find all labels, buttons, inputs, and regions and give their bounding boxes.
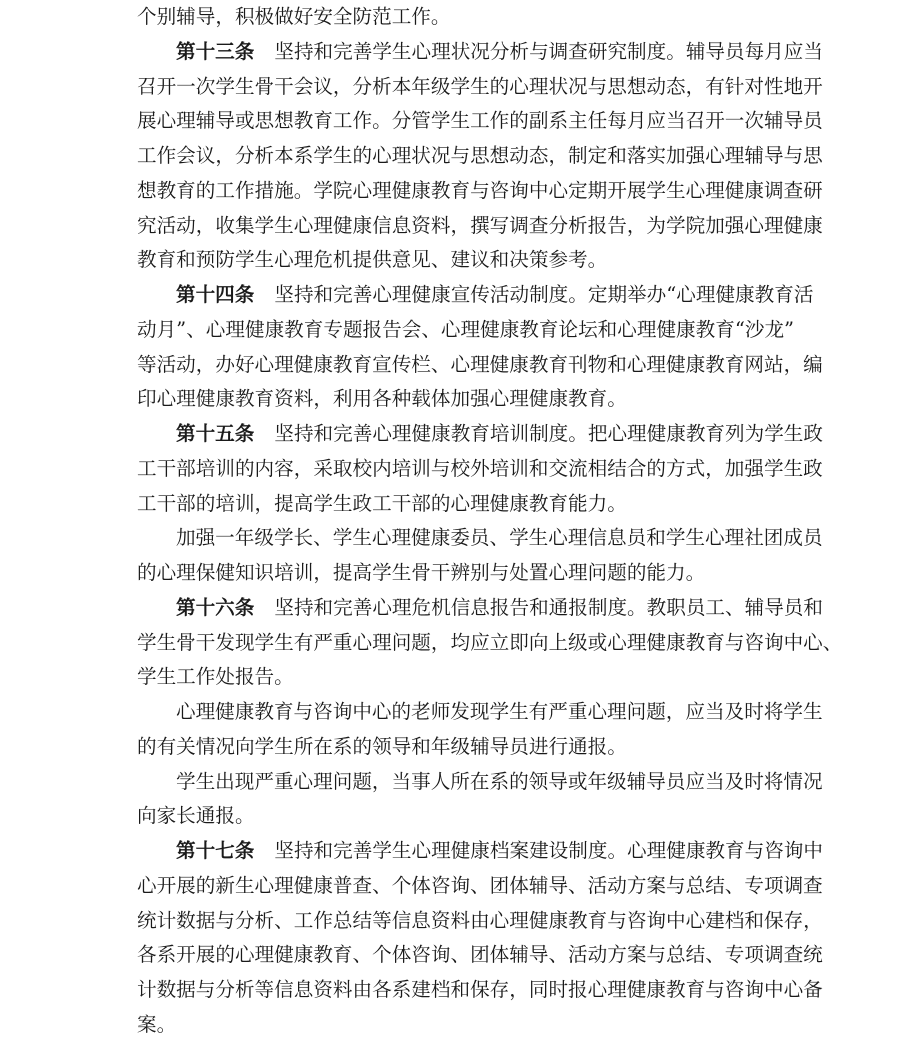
text-line: 学生骨干发现学生有严重心理问题，均应立即向上级或心理健康教育与咨询中心、 <box>137 626 779 661</box>
document-page: 个别辅导，积极做好安全防范工作。 第十三条坚持和完善学生心理状况分析与调查研究制… <box>137 0 779 1039</box>
text-line: 工作会议，分析本系学生的心理状况与思想动态，制定和落实加强心理辅导与思 <box>137 139 779 174</box>
paragraph: 学生出现严重心理问题，当事人所在系的领导或年级辅导员应当及时将情况 向家长通报。 <box>137 765 779 835</box>
text-line: 各系开展的心理健康教育、个体咨询、团体辅导、活动方案与总结、专项调查统 <box>137 938 779 973</box>
text-span: 坚持和完善学生心理健康档案建设制度。心理健康教育与咨询中 <box>274 839 823 862</box>
text-span: 坚持和完善心理危机信息报告和通报制度。教职员工、辅导员和 <box>274 596 823 619</box>
article-heading: 第十七条 <box>176 839 254 862</box>
article-heading: 第十三条 <box>176 40 254 63</box>
text-line: 究活动，收集学生心理健康信息资料，撰写调查分析报告，为学院加强心理健康 <box>137 209 779 244</box>
text-span: 坚持和完善心理健康宣传活动制度。定期举办“心理健康教育活 <box>274 283 813 306</box>
text-line: 工干部培训的内容，采取校内培训与校外培训和交流相结合的方式，加强学生政 <box>137 452 779 487</box>
paragraph: 加强一年级学长、学生心理健康委员、学生心理信息员和学生心理社团成员 的心理保健知… <box>137 521 779 591</box>
text-line: 加强一年级学长、学生心理健康委员、学生心理信息员和学生心理社团成员 <box>137 521 779 556</box>
text-line: 展心理辅导或思想教育工作。分管学生工作的副系主任每月应当召开一次辅导员 <box>137 104 779 139</box>
text-line: 心开展的新生心理健康普查、个体咨询、团体辅导、活动方案与总结、专项调查 <box>137 869 779 904</box>
text-line: 第十三条坚持和完善学生心理状况分析与调查研究制度。辅导员每月应当 <box>137 35 779 70</box>
paragraph: 心理健康教育与咨询中心的老师发现学生有严重心理问题，应当及时将学生 的有关情况向… <box>137 695 779 765</box>
text-line: 第十四条坚持和完善心理健康宣传活动制度。定期举办“心理健康教育活 <box>137 278 779 313</box>
text-line: 印心理健康教育资料，利用各种载体加强心理健康教育。 <box>137 382 779 417</box>
article-15: 第十五条坚持和完善心理健康教育培训制度。把心理健康教育列为学生政 工干部培训的内… <box>137 417 779 521</box>
article-16: 第十六条坚持和完善心理危机信息报告和通报制度。教职员工、辅导员和 学生骨干发现学… <box>137 591 779 695</box>
article-heading: 第十五条 <box>176 422 254 445</box>
text-line: 学生出现严重心理问题，当事人所在系的领导或年级辅导员应当及时将情况 <box>137 765 779 800</box>
article-13: 第十三条坚持和完善学生心理状况分析与调查研究制度。辅导员每月应当 召开一次学生骨… <box>137 35 779 278</box>
text-line: 第十六条坚持和完善心理危机信息报告和通报制度。教职员工、辅导员和 <box>137 591 779 626</box>
article-heading: 第十六条 <box>176 596 254 619</box>
text-line: 的有关情况向学生所在系的领导和年级辅导员进行通报。 <box>137 730 779 765</box>
article-14: 第十四条坚持和完善心理健康宣传活动制度。定期举办“心理健康教育活 动月”、心理健… <box>137 278 779 417</box>
text-line: 向家长通报。 <box>137 799 779 834</box>
article-heading: 第十四条 <box>176 283 254 306</box>
paragraph-continuation: 个别辅导，积极做好安全防范工作。 <box>137 0 779 35</box>
article-17: 第十七条坚持和完善学生心理健康档案建设制度。心理健康教育与咨询中 心开展的新生心… <box>137 834 779 1039</box>
text-line: 第十五条坚持和完善心理健康教育培训制度。把心理健康教育列为学生政 <box>137 417 779 452</box>
text-span: 坚持和完善心理健康教育培训制度。把心理健康教育列为学生政 <box>274 422 823 445</box>
text-line: 的心理保健知识培训，提高学生骨干辨别与处置心理问题的能力。 <box>137 556 779 591</box>
text-line: 召开一次学生骨干会议，分析本年级学生的心理状况与思想动态，有针对性地开 <box>137 70 779 105</box>
text-line: 案。 <box>137 1008 779 1039</box>
text-line: 统计数据与分析、工作总结等信息资料由心理健康教育与咨询中心建档和保存， <box>137 904 779 939</box>
text-line: 第十七条坚持和完善学生心理健康档案建设制度。心理健康教育与咨询中 <box>137 834 779 869</box>
text-span: 坚持和完善学生心理状况分析与调查研究制度。辅导员每月应当 <box>274 40 823 63</box>
text-line: 工干部的培训，提高学生政工干部的心理健康教育能力。 <box>137 487 779 522</box>
text-line: 计数据与分析等信息资料由各系建档和保存，同时报心理健康教育与咨询中心备 <box>137 973 779 1008</box>
text-line: 动月”、心理健康教育专题报告会、心理健康教育论坛和心理健康教育“沙龙” <box>137 313 779 348</box>
text-line: 心理健康教育与咨询中心的老师发现学生有严重心理问题，应当及时将学生 <box>137 695 779 730</box>
text-line: 个别辅导，积极做好安全防范工作。 <box>137 0 779 35</box>
text-line: 等活动，办好心理健康教育宣传栏、心理健康教育刊物和心理健康教育网站，编 <box>137 348 779 383</box>
text-line: 教育和预防学生心理危机提供意见、建议和决策参考。 <box>137 243 779 278</box>
text-line: 想教育的工作措施。学院心理健康教育与咨询中心定期开展学生心理健康调查研 <box>137 174 779 209</box>
text-line: 学生工作处报告。 <box>137 660 779 695</box>
